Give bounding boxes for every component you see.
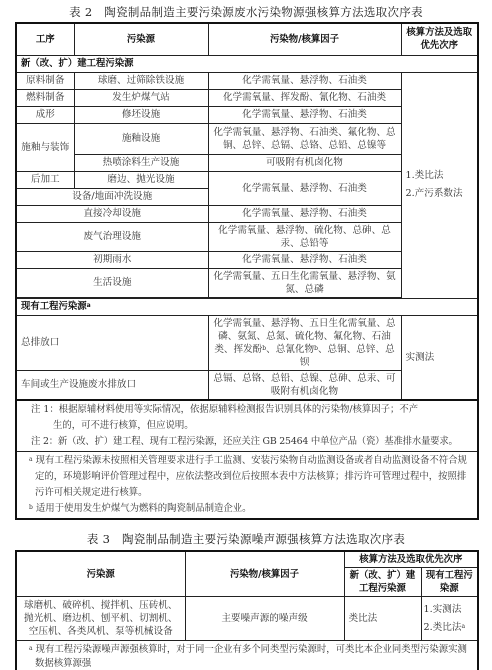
header-method-group: 核算方法及选取优先次序: [344, 551, 478, 568]
note-2: 注 2：新（改、扩）建工程、现有工程污染源，还应关注 GB 25464 中单位产…: [31, 434, 471, 450]
table2-caption: 表 2 陶瓷制品制造主要污染源废水污染物源强核算方法选取次序表: [0, 4, 492, 20]
factor-cell: 化学需氧量、悬浮物、石油类: [208, 171, 401, 205]
footnote-a: a 现有工程污染源噪声源强核算时，对于同一企业有多个同类型污染源时，可类比本企业…: [25, 643, 471, 670]
factor-text: 、总氰化物: [266, 344, 314, 355]
factor-cell: 化学需氧量、悬浮物、石油类: [208, 106, 401, 123]
footnote-mark: a: [87, 302, 91, 309]
footnote-a: a 现有工程污染源未按照相关管理要求进行手工监测、安装污染物自动监测设备或者自动…: [25, 453, 471, 501]
method-existing-2: 2.类比法a: [424, 619, 475, 637]
source-cell: 生活设施: [16, 268, 208, 297]
source-cell: 球磨、过筛除铁设施: [74, 72, 208, 89]
method-new-1: 1.类比法: [406, 167, 475, 185]
method-existing-1: 1.实测法: [424, 601, 475, 619]
table-row: 原料制备 球磨、过筛除铁设施 化学需氧量、悬浮物、石油类 1.类比法 2.产污系…: [16, 72, 478, 89]
table-row: 总排放口 化学需氧量、悬浮物、五日生化需氧量、总磷、氨氮、总氮、硫化物、氟化物、…: [16, 315, 478, 370]
factor-cell: 总镉、总铬、总铅、总镍、总砷、总汞、可吸附有机卤化物: [208, 370, 401, 400]
notes-block: 注 1：根据原辅材料使用等实际情况，依据原辅料检测报告识别具体的污染物/核算因子…: [16, 400, 478, 452]
footnote-block: a 现有工程污染源噪声源强核算时，对于同一企业有多个同类型污染源时，可类比本企业…: [16, 641, 478, 670]
header-method-existing: 现有工程污染源: [421, 568, 478, 597]
process-cell: 后加工: [16, 171, 74, 188]
note-1-cont: 生的，可不进行核算，但应说明。: [31, 418, 471, 434]
factor-cell: 化学需氧量、悬浮物、石油类: [208, 72, 401, 89]
header-factor: 污染物/核算因子: [185, 551, 344, 597]
wastewater-method-table: 工序 污染源 污染物/核算因子 核算方法及选取优先次序 新（改、扩）建工程污染源…: [15, 22, 479, 520]
factor-cell: 可吸附有机卤化物: [208, 154, 401, 171]
source-cell: 车间或生产设施废水排放口: [16, 370, 208, 400]
source-cell: 球磨机、破碎机、搅拌机、压砖机、抛光机、磨边机、刨平机、切割机、空压机、各类风机…: [16, 597, 185, 641]
process-cell: 成形: [16, 106, 74, 123]
process-cell: 燃料制备: [16, 89, 74, 106]
section-new-sources: 新（改、扩）建工程污染源: [16, 55, 478, 72]
source-cell: 热喷涂料生产设施: [74, 154, 208, 171]
method-existing-2-text: 2.类比法: [424, 622, 462, 633]
footnote-b-text: 适用于使用发生炉煤气为燃料的陶瓷制品制造企业。: [36, 503, 252, 514]
source-cell: 初期雨水: [16, 251, 208, 268]
note-1: 注 1：根据原辅材料使用等实际情况，依据原辅料检测报告识别具体的污染物/核算因子…: [31, 402, 471, 418]
process-cell: 原料制备: [16, 72, 74, 89]
footnote-mark: a: [461, 623, 465, 630]
process-cell: 施釉与装饰: [16, 123, 74, 171]
footnote-text: 现有工程污染源噪声源强核算时，对于同一企业有多个同类型污染源时，可类比本企业同类…: [35, 644, 467, 669]
section-existing-label: 现有工程污染源: [21, 301, 87, 312]
source-cell: 施釉设施: [74, 123, 208, 154]
method-new-2: 2.产污系数法: [406, 185, 475, 203]
factor-cell: 化学需氧量、挥发酚、氰化物、石油类: [208, 89, 401, 106]
source-cell: 直接冷却设施: [16, 205, 208, 222]
footnote-b: b 适用于使用发生炉煤气为燃料的陶瓷制品制造企业。: [25, 501, 471, 517]
method-cell-existing: 实测法: [401, 315, 478, 400]
footnote-a-text: 现有工程污染源未按照相关管理要求进行手工监测、安装污染物自动监测设备或者自动监测…: [35, 455, 467, 498]
method-existing-cell: 1.实测法 2.类比法a: [421, 597, 478, 641]
header-source: 污染源: [16, 551, 185, 597]
table-row: 球磨机、破碎机、搅拌机、压砖机、抛光机、磨边机、刨平机、切割机、空压机、各类风机…: [16, 597, 478, 641]
factor-cell: 化学需氧量、悬浮物、石油类: [208, 251, 401, 268]
footnote-mark: b: [314, 345, 318, 352]
header-factor: 污染物/核算因子: [208, 23, 401, 55]
source-cell: 修坯设施: [74, 106, 208, 123]
noise-method-table: 污染源 污染物/核算因子 核算方法及选取优先次序 新（改、扩）建工程污染源 现有…: [15, 550, 479, 670]
header-method-new: 新（改、扩）建工程污染源: [344, 568, 421, 597]
source-cell: 发生炉煤气站: [74, 89, 208, 106]
source-cell: 总排放口: [16, 315, 208, 370]
footnote-mark: a: [29, 456, 33, 463]
factor-cell: 化学需氧量、五日生化需氧量、悬浮物、氨氮、总磷: [208, 268, 401, 297]
factor-cell: 化学需氧量、悬浮物、石油类、氟化物、总铜、总锌、总镉、总铬、总铅、总镍等: [208, 123, 401, 154]
factor-cell: 化学需氧量、悬浮物、五日生化需氧量、总磷、氨氮、总氮、硫化物、氟化物、石油类、挥…: [208, 315, 401, 370]
factor-cell: 化学需氧量、悬浮物、硫化物、总砷、总汞、总铅等: [208, 222, 401, 251]
footnote-mark: a: [29, 645, 33, 652]
method-cell-new: 1.类比法 2.产污系数法: [401, 72, 478, 298]
source-cell: 磨边、抛光设施: [74, 171, 208, 188]
table3-caption: 表 3 陶瓷制品制造主要污染源噪声源强核算方法选取次序表: [0, 531, 492, 547]
factor-cell: 化学需氧量、悬浮物、石油类: [208, 205, 401, 222]
method-new-cell: 类比法: [344, 597, 421, 641]
source-cell: 设备/地面冲洗设施: [16, 188, 208, 205]
header-source: 污染源: [74, 23, 208, 55]
footnote-mark: b: [29, 504, 33, 511]
source-cell: 废气治理设施: [16, 222, 208, 251]
footnotes-block: a 现有工程污染源未按照相关管理要求进行手工监测、安装污染物自动监测设备或者自动…: [16, 451, 478, 519]
section-existing-sources: 现有工程污染源a: [16, 298, 478, 315]
header-method: 核算方法及选取优先次序: [401, 23, 478, 55]
footnote-mark: b: [262, 345, 266, 352]
header-process: 工序: [16, 23, 74, 55]
factor-cell: 主要噪声源的噪声级: [185, 597, 344, 641]
